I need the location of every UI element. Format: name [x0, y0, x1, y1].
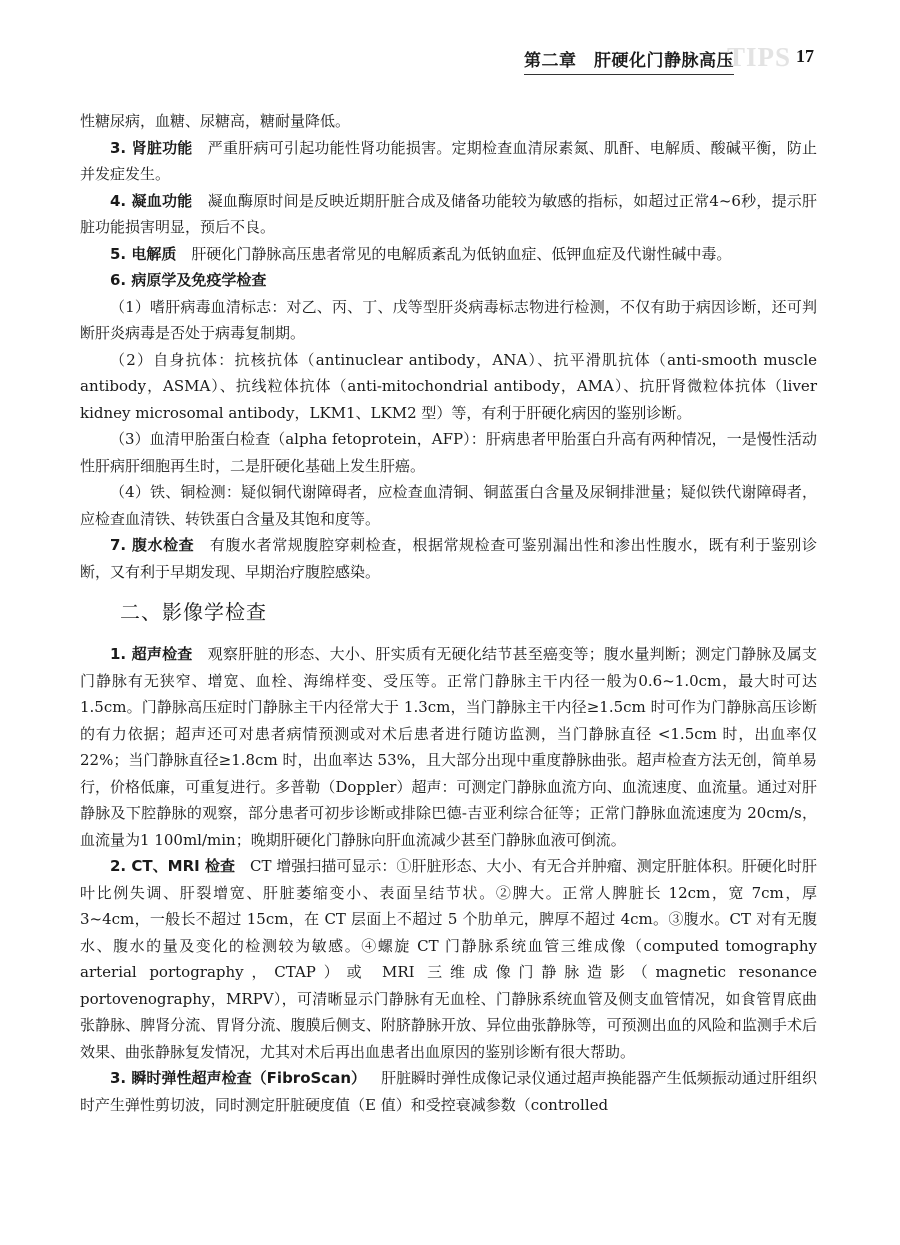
paragraph-etiology-immunology: 6. 病原学及免疫学检查: [80, 267, 817, 294]
subheading-coagulation: 4. 凝血功能: [110, 192, 192, 210]
chapter-title: 第二章 肝硬化门静脉高压: [524, 46, 734, 75]
paragraph-fibroscan: 3. 瞬时弹性超声检查（FibroScan）肝脏瞬时弹性成像记录仪通过超声换能器…: [80, 1065, 817, 1118]
paragraph-afp: （3）血清甲胎蛋白检查（alpha fetoprotein，AFP）：肝病患者甲…: [80, 426, 817, 479]
running-header: 第二章 肝硬化门静脉高压 TIPS 17: [0, 44, 900, 74]
paragraph-electrolytes: 5. 电解质肝硬化门静脉高压患者常见的电解质紊乱为低钠血症、低钾血症及代谢性碱中…: [80, 241, 817, 268]
paragraph-kidney-function: 3. 肾脏功能严重肝病可引起功能性肾功能损害。定期检查血清尿素氮、肌酐、电解质、…: [80, 135, 817, 188]
page-body: 性糖尿病，血糖、尿糖高，糖耐量降低。 3. 肾脏功能严重肝病可引起功能性肾功能损…: [80, 108, 817, 1118]
paragraph-hepatitis-markers: （1）嗜肝病毒血清标志：对乙、丙、丁、戊等型肝炎病毒标志物进行检测，不仅有助于病…: [80, 294, 817, 347]
tips-watermark: TIPS: [727, 42, 791, 73]
subheading-electrolytes: 5. 电解质: [110, 245, 176, 263]
paragraph-iron-copper: （4）铁、铜检测：疑似铜代谢障碍者，应检查血清铜、铜蓝蛋白含量及尿铜排泄量；疑似…: [80, 479, 817, 532]
section-heading-imaging: 二、影像学检查: [80, 595, 817, 629]
subheading-kidney-function: 3. 肾脏功能: [110, 139, 193, 157]
subheading-ultrasound: 1. 超声检查: [110, 645, 193, 663]
paragraph-ultrasound: 1. 超声检查观察肝脏的形态、大小、肝实质有无硬化结节甚至癌变等；腹水量判断；测…: [80, 641, 817, 853]
paragraph-coagulation: 4. 凝血功能凝血酶原时间是反映近期肝脏合成及储备功能较为敏感的指标，如超过正常…: [80, 188, 817, 241]
subheading-etiology-immunology: 6. 病原学及免疫学检查: [110, 271, 266, 289]
subheading-ascites: 7. 腹水检查: [110, 536, 194, 554]
paragraph-ascites: 7. 腹水检查有腹水者常规腹腔穿刺检查，根据常规检查可鉴别漏出性和渗出性腹水，既…: [80, 532, 817, 585]
ct-mri-text: CT 增强扫描可显示：①肝脏形态、大小、有无合并肿瘤、测定肝脏体积。肝硬化时肝叶…: [80, 857, 817, 1061]
page-number: 17: [796, 46, 814, 67]
ultrasound-text: 观察肝脏的形态、大小、肝实质有无硬化结节甚至癌变等；腹水量判断；测定门静脉及属支…: [80, 645, 817, 849]
paragraph-ct-mri: 2. CT、MRI 检查CT 增强扫描可显示：①肝脏形态、大小、有无合并肿瘤、测…: [80, 853, 817, 1065]
paragraph-autoantibodies: （2）自身抗体：抗核抗体（antinuclear antibody，ANA）、抗…: [80, 347, 817, 427]
electrolytes-text: 肝硬化门静脉高压患者常见的电解质紊乱为低钠血症、低钾血症及代谢性碱中毒。: [191, 245, 731, 263]
subheading-fibroscan: 3. 瞬时弹性超声检查（FibroScan）: [110, 1069, 366, 1087]
subheading-ct-mri: 2. CT、MRI 检查: [110, 857, 235, 875]
paragraph-continued: 性糖尿病，血糖、尿糖高，糖耐量降低。: [80, 108, 817, 135]
